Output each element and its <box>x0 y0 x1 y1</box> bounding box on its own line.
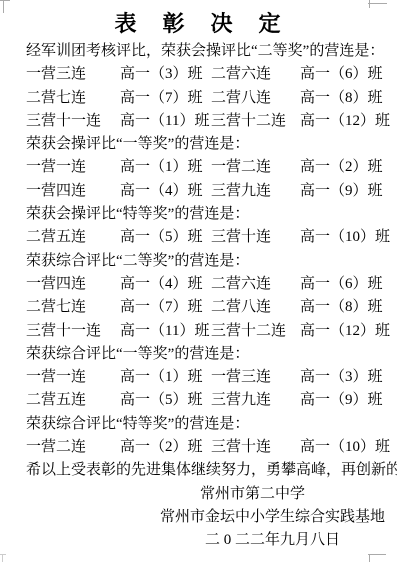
award-cell: 二营六连 <box>211 63 300 86</box>
award-cell: 高一（7）班 <box>120 296 211 319</box>
award-row: 一营二连高一（2）班三营十连高一（10）班 <box>0 436 397 459</box>
award-row: 二营五连高一（5）班三营九连高一（9）班 <box>0 389 397 412</box>
award-cell: 高一（9）班 <box>300 389 397 412</box>
award-cell: 一营二连 <box>26 436 120 459</box>
award-row: 一营三连高一（3）班二营六连高一（6）班 <box>0 63 397 86</box>
award-cell: 二营七连 <box>26 296 120 319</box>
award-cell: 高一（1）班 <box>120 366 211 389</box>
award-cell: 一营一连 <box>26 156 120 179</box>
award-cell: 三营十连 <box>211 226 300 249</box>
award-row: 二营七连高一（7）班二营八连高一（8）班 <box>0 87 397 110</box>
crop-mark-top-left-h <box>0 0 10 1</box>
document-page: 表 彰 决 定 经军训团考核评比，荣获会操评比“二等奖”的营连是：一营三连高一（… <box>0 0 397 562</box>
signature-date: 二 0 二二年九月八日 <box>0 529 397 552</box>
award-cell: 高一（3）班 <box>300 366 397 389</box>
award-cell: 一营二连 <box>211 156 300 179</box>
award-cell: 高一（12）班 <box>300 110 397 133</box>
award-cell: 三营十一连 <box>26 110 120 133</box>
award-cell: 三营九连 <box>211 180 300 203</box>
award-cell: 高一（2）班 <box>300 156 397 179</box>
section-header: 经军训团考核评比，荣获会操评比“二等奖”的营连是： <box>0 40 397 63</box>
award-cell: 高一（1）班 <box>120 156 211 179</box>
award-row: 一营四连高一（4）班二营六连高一（6）班 <box>0 273 397 296</box>
award-cell: 高一（4）班 <box>120 180 211 203</box>
award-cell: 高一（8）班 <box>300 87 397 110</box>
section-header: 荣获综合评比“一等奖”的营连是： <box>0 343 397 366</box>
award-cell: 高一（5）班 <box>120 226 211 249</box>
closing-line: 希以上受表彰的先进集体继续努力，勇攀高峰，再创新的辉煌！ <box>0 459 397 482</box>
award-cell: 高一（10）班 <box>300 436 397 459</box>
award-cell: 高一（8）班 <box>300 296 397 319</box>
award-cell: 二营八连 <box>211 296 300 319</box>
award-cell: 高一（6）班 <box>300 273 397 296</box>
crop-mark-bottom-left-h <box>0 554 6 555</box>
award-cell: 高一（10）班 <box>300 226 397 249</box>
award-cell: 一营四连 <box>26 273 120 296</box>
award-row: 一营一连高一（1）班一营二连高一（2）班 <box>0 156 397 179</box>
award-cell: 一营三连 <box>26 63 120 86</box>
award-cell: 二营八连 <box>211 87 300 110</box>
award-cell: 二营六连 <box>211 273 300 296</box>
crop-mark-top-right-h <box>368 3 387 4</box>
award-cell: 二营五连 <box>26 226 120 249</box>
award-cell: 高一（11）班 <box>120 110 211 133</box>
section-header: 荣获综合评比“二等奖”的营连是： <box>0 250 397 273</box>
award-cell: 三营十一连 <box>26 320 120 343</box>
crop-mark-bottom-right-v <box>369 554 370 562</box>
signature-school: 常州市第二中学 <box>0 483 397 506</box>
award-cell: 高一（12）班 <box>300 320 397 343</box>
award-cell: 一营三连 <box>211 366 300 389</box>
award-cell: 二营七连 <box>26 87 120 110</box>
award-row: 三营十一连高一（11）班三营十二连高一（12）班 <box>0 110 397 133</box>
award-cell: 三营十连 <box>211 436 300 459</box>
award-row: 二营七连高一（7）班二营八连高一（8）班 <box>0 296 397 319</box>
award-cell: 高一（4）班 <box>120 273 211 296</box>
award-cell: 高一（6）班 <box>300 63 397 86</box>
award-row: 一营四连高一（4）班三营九连高一（9）班 <box>0 180 397 203</box>
award-cell: 三营十二连 <box>211 110 300 133</box>
award-cell: 高一（7）班 <box>120 87 211 110</box>
page-title: 表 彰 决 定 <box>0 7 397 40</box>
award-cell: 高一（2）班 <box>120 436 211 459</box>
award-row: 二营五连高一（5）班三营十连高一（10）班 <box>0 226 397 249</box>
document-body: 经军训团考核评比，荣获会操评比“二等奖”的营连是：一营三连高一（3）班二营六连高… <box>0 40 397 459</box>
award-cell: 二营五连 <box>26 389 120 412</box>
award-row: 三营十一连高一（11）班三营十二连高一（12）班 <box>0 320 397 343</box>
award-cell: 高一（3）班 <box>120 63 211 86</box>
crop-mark-bottom-right-h <box>368 554 386 555</box>
award-cell: 高一（9）班 <box>300 180 397 203</box>
award-row: 一营一连高一（1）班一营三连高一（3）班 <box>0 366 397 389</box>
section-header: 荣获会操评比“一等奖”的营连是： <box>0 133 397 156</box>
award-cell: 一营一连 <box>26 366 120 389</box>
crop-mark-top-left-v <box>3 0 4 13</box>
section-header: 荣获综合评比“特等奖”的营连是： <box>0 413 397 436</box>
award-cell: 三营九连 <box>211 389 300 412</box>
crop-mark-bottom-left-v <box>2 554 3 562</box>
award-cell: 三营十二连 <box>211 320 300 343</box>
award-cell: 高一（11）班 <box>120 320 211 343</box>
award-cell: 高一（5）班 <box>120 389 211 412</box>
award-cell: 一营四连 <box>26 180 120 203</box>
crop-mark-top-right-v <box>369 0 370 8</box>
signature-base: 常州市金坛中小学生综合实践基地 <box>0 506 397 529</box>
section-header: 荣获会操评比“特等奖”的营连是： <box>0 203 397 226</box>
